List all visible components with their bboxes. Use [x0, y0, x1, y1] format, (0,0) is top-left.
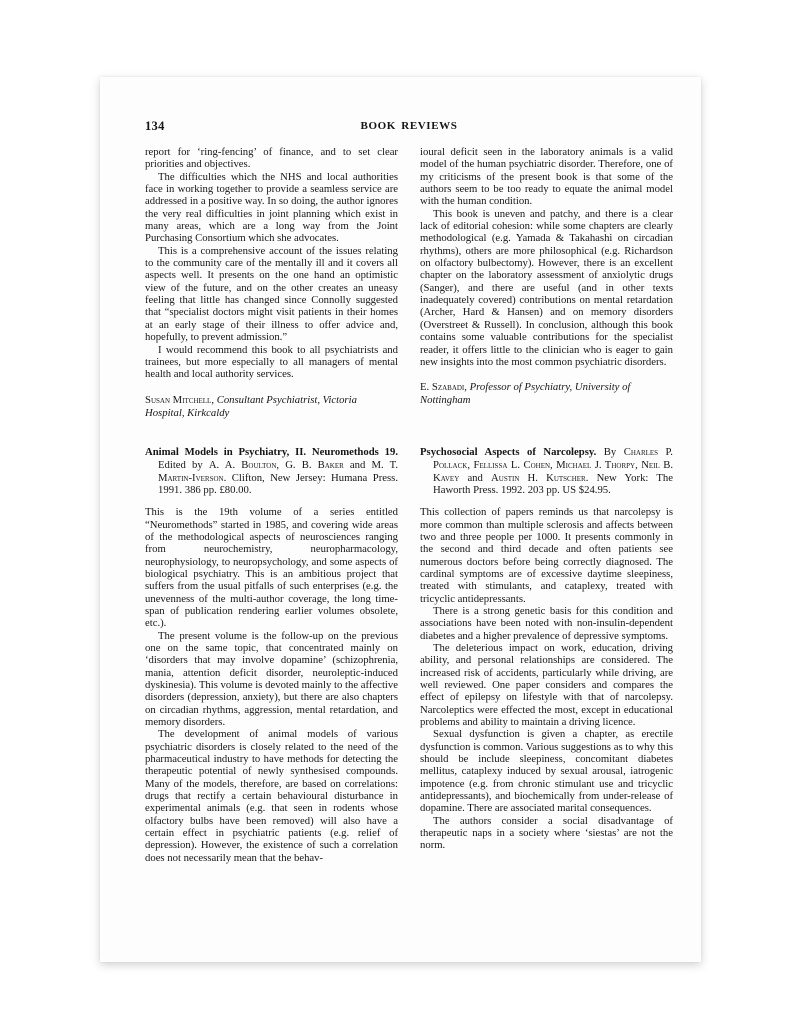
- reviewer-signature: E. Szabadi, Professor of Psychiatry, Uni…: [420, 381, 673, 407]
- paragraph: There is a strong genetic basis for this…: [420, 605, 673, 642]
- top-left-column: report for ‘ring-fencing’ of finance, an…: [145, 146, 398, 420]
- top-right-column: ioural deficit seen in the laboratory an…: [420, 146, 673, 420]
- paragraph: report for ‘ring-fencing’ of finance, an…: [145, 146, 398, 171]
- paragraph: Sexual dysfunction is given a chapter, a…: [420, 728, 673, 814]
- paragraph: The development of animal models of vari…: [145, 728, 398, 864]
- paragraph: This is the 19th volume of a series enti…: [145, 506, 398, 629]
- journal-page: 134 BOOK REVIEWS report for ‘ring-fencin…: [100, 77, 701, 962]
- page-header: 134 BOOK REVIEWS: [145, 119, 673, 134]
- review-animal-models: Animal Models in Psychiatry, II. Neurome…: [145, 446, 398, 864]
- reviews-columns: Animal Models in Psychiatry, II. Neurome…: [145, 446, 673, 864]
- paragraph: This collection of papers reminds us tha…: [420, 506, 673, 605]
- paragraph: The authors consider a social disadvanta…: [420, 815, 673, 852]
- running-head: BOOK REVIEWS: [145, 120, 673, 132]
- reviewer-signature: Susan Mitchell, Consultant Psychiatrist,…: [145, 394, 398, 420]
- reviews-section: Animal Models in Psychiatry, II. Neurome…: [145, 446, 673, 864]
- paragraph: This is a comprehensive account of the i…: [145, 245, 398, 344]
- review-heading: Animal Models in Psychiatry, II. Neurome…: [145, 446, 398, 497]
- paragraph: This book is uneven and patchy, and ther…: [420, 208, 673, 368]
- paragraph: The difficulties which the NHS and local…: [145, 171, 398, 245]
- paragraph: The present volume is the follow-up on t…: [145, 630, 398, 729]
- paragraph: The deleterious impact on work, educatio…: [420, 642, 673, 728]
- top-section: report for ‘ring-fencing’ of finance, an…: [145, 146, 673, 420]
- review-narcolepsy: Psychosocial Aspects of Narcolepsy. By C…: [420, 446, 673, 864]
- paragraph: I would recommend this book to all psych…: [145, 344, 398, 381]
- paragraph: ioural deficit seen in the laboratory an…: [420, 146, 673, 208]
- review-heading: Psychosocial Aspects of Narcolepsy. By C…: [420, 446, 673, 497]
- page-content: 134 BOOK REVIEWS report for ‘ring-fencin…: [145, 119, 673, 420]
- scan-background: 134 BOOK REVIEWS report for ‘ring-fencin…: [0, 0, 800, 1036]
